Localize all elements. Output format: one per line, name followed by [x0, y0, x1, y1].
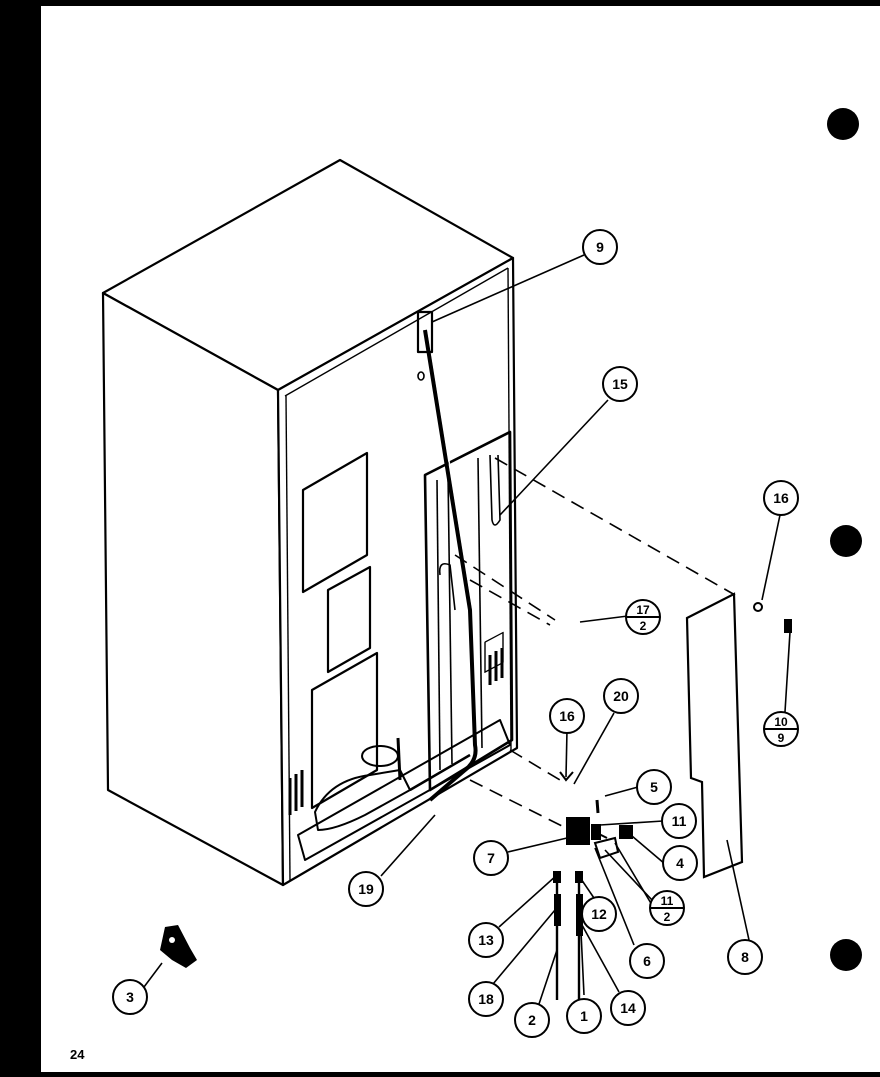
- svg-text:20: 20: [613, 688, 629, 704]
- svg-text:10: 10: [774, 715, 788, 729]
- callout-4: 4: [663, 846, 697, 880]
- svg-text:8: 8: [741, 949, 749, 965]
- callout-18: 18: [469, 982, 503, 1016]
- callout-17-2: 172: [626, 600, 660, 634]
- parts-diagram: 91516172109162051147112681913121821143: [0, 0, 880, 1077]
- scan-border-bottom: [0, 1072, 880, 1077]
- binder-hole-mark: [830, 525, 862, 557]
- svg-text:3: 3: [126, 989, 134, 1005]
- callout-5: 5: [637, 770, 671, 804]
- svg-text:19: 19: [358, 881, 374, 897]
- callout-3: 3: [113, 980, 147, 1014]
- svg-text:13: 13: [478, 932, 494, 948]
- svg-text:2: 2: [528, 1012, 536, 1028]
- callout-8: 8: [728, 940, 762, 974]
- svg-text:5: 5: [650, 779, 658, 795]
- callout-7: 7: [474, 841, 508, 875]
- callout-9: 9: [583, 230, 617, 264]
- callout-11: 11: [662, 804, 696, 838]
- svg-text:4: 4: [676, 855, 684, 871]
- svg-text:2: 2: [664, 910, 671, 924]
- svg-text:17: 17: [636, 603, 650, 617]
- callout-11-2: 112: [650, 891, 684, 925]
- callout-10-9: 109: [764, 712, 798, 746]
- svg-text:2: 2: [640, 619, 647, 633]
- access-cover-panel: [687, 594, 742, 877]
- svg-text:16: 16: [773, 490, 789, 506]
- svg-text:14: 14: [620, 1000, 636, 1016]
- svg-text:15: 15: [612, 376, 628, 392]
- water-valve-assembly: [554, 603, 791, 1000]
- scan-border-left: [0, 0, 41, 1077]
- svg-text:7: 7: [487, 850, 495, 866]
- callout-6: 6: [630, 944, 664, 978]
- callout-16: 16: [764, 481, 798, 515]
- callout-1: 1: [567, 999, 601, 1033]
- callout-12: 12: [582, 897, 616, 931]
- svg-text:12: 12: [591, 906, 607, 922]
- svg-text:9: 9: [596, 239, 604, 255]
- callout-14: 14: [611, 991, 645, 1025]
- fitting-part-3: [160, 925, 197, 968]
- callout-2: 2: [515, 1003, 549, 1037]
- svg-text:11: 11: [661, 894, 674, 908]
- callout-20: 20: [604, 679, 638, 713]
- refrigerator-cabinet: [103, 160, 517, 885]
- svg-text:18: 18: [478, 991, 494, 1007]
- svg-text:6: 6: [643, 953, 651, 969]
- binder-hole-mark: [830, 939, 862, 971]
- scan-border-top: [0, 0, 880, 6]
- svg-text:16: 16: [559, 708, 575, 724]
- callout-19: 19: [349, 872, 383, 906]
- binder-hole-mark: [827, 108, 859, 140]
- svg-text:9: 9: [778, 731, 785, 745]
- callout-13: 13: [469, 923, 503, 957]
- svg-text:1: 1: [580, 1008, 588, 1024]
- svg-text:11: 11: [672, 813, 687, 829]
- page-number: 24: [70, 1047, 84, 1062]
- callout-16: 16: [550, 699, 584, 733]
- callout-15: 15: [603, 367, 637, 401]
